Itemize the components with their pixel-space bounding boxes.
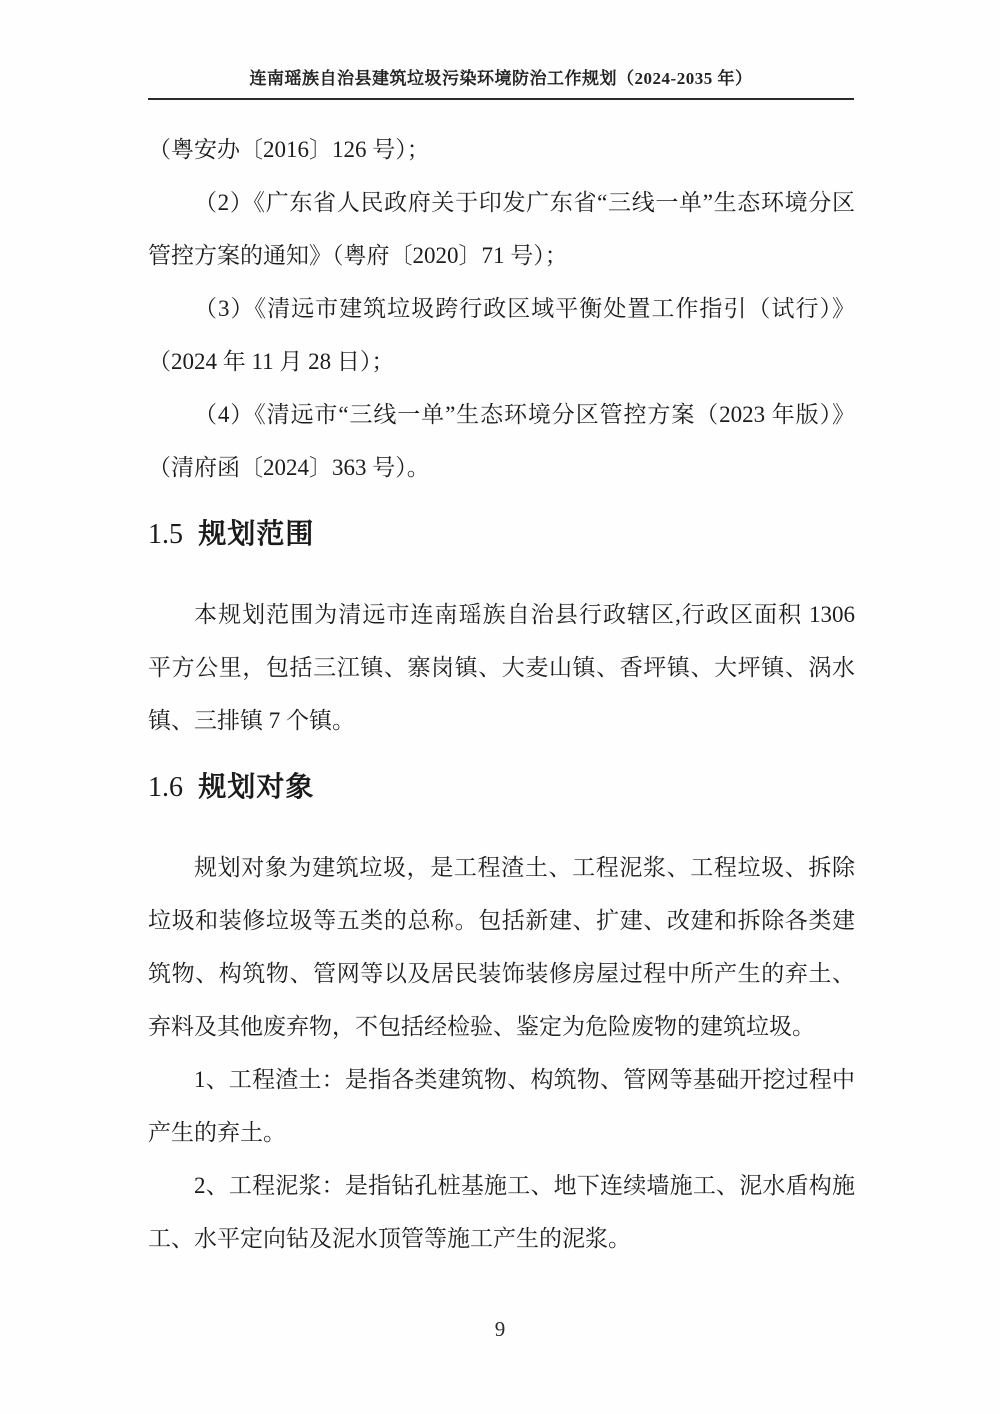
- page-header: 连南瑶族自治县建筑垃圾污染环境防治工作规划（2024-2035 年）: [148, 0, 854, 100]
- paragraph-planning-object-overview: 规划对象为建筑垃圾，是工程渣土、工程泥浆、工程垃圾、拆除垃圾和装修垃圾等五类的总…: [148, 841, 855, 1053]
- section-heading-1-5: 1.5规划范围: [148, 514, 855, 554]
- paragraph-continuation-doc-number: （粤安办〔2016〕126 号）；: [148, 123, 855, 176]
- section-number-1-6: 1.6: [148, 772, 183, 803]
- section-title-planning-scope: 规划范围: [198, 518, 314, 549]
- section-number-1-5: 1.5: [148, 519, 183, 550]
- section-heading-1-6: 1.6规划对象: [148, 767, 855, 807]
- paragraph-planning-scope: 本规划范围为清远市连南瑶族自治县行政辖区,行政区面积 1306 平方公里，包括三…: [148, 588, 855, 747]
- page-footer: 9: [0, 1317, 1000, 1342]
- running-header-title: 连南瑶族自治县建筑垃圾污染环境防治工作规划（2024-2035 年）: [148, 64, 854, 89]
- paragraph-definition-engineering-slurry: 2、工程泥浆：是指钻孔桩基施工、地下连续墙施工、泥水盾构施工、水平定向钻及泥水顶…: [148, 1159, 855, 1265]
- document-page: 连南瑶族自治县建筑垃圾污染环境防治工作规划（2024-2035 年） （粤安办〔…: [0, 0, 1000, 1414]
- paragraph-definition-engineering-muck: 1、工程渣土：是指各类建筑物、构筑物、管网等基础开挖过程中产生的弃土。: [148, 1053, 855, 1159]
- paragraph-reference-4: （4）《清远市“三线一单”生态环境分区管控方案（2023 年版）》（清府函〔20…: [148, 388, 855, 494]
- document-body: （粤安办〔2016〕126 号）； （2）《广东省人民政府关于印发广东省“三线一…: [148, 96, 855, 1265]
- paragraph-reference-3: （3）《清远市建筑垃圾跨行政区域平衡处置工作指引（试行）》（2024 年 11 …: [148, 282, 855, 388]
- paragraph-reference-2: （2）《广东省人民政府关于印发广东省“三线一单”生态环境分区管控方案的通知》（粤…: [148, 176, 855, 282]
- section-title-planning-object: 规划对象: [198, 771, 314, 802]
- page-number: 9: [495, 1317, 506, 1341]
